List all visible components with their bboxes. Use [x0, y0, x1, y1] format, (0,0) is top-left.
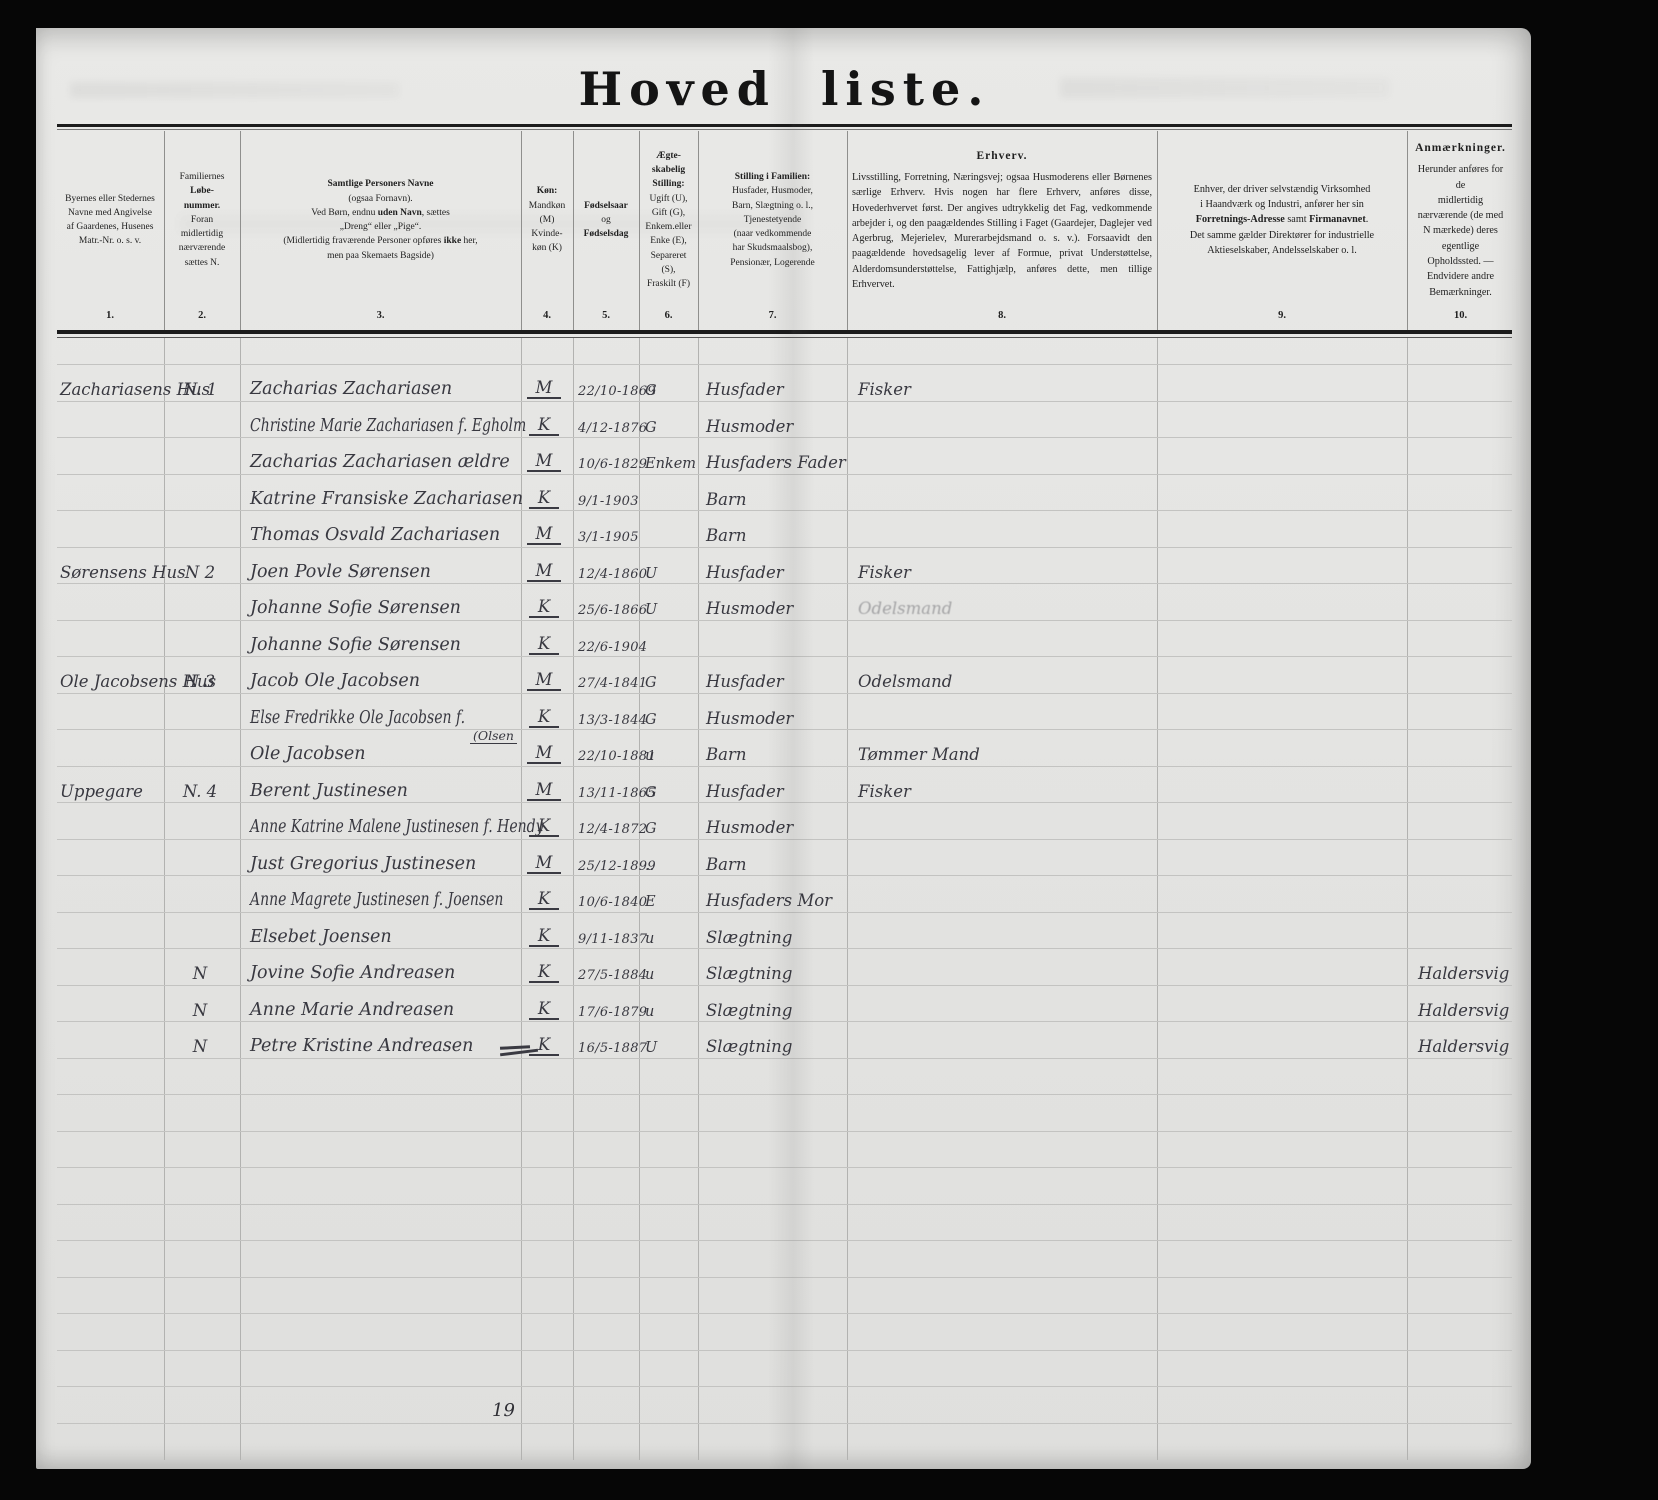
row-15-family-position: Husfaders Mor [706, 891, 832, 910]
table-row: Else Fredrikke Ole Jacobsen f.K13/3-1844… [0, 693, 1658, 730]
row-1-occupation: Fisker [858, 380, 911, 399]
row-2-sex: K [523, 415, 571, 436]
row-12-name: Berent Justinesen [250, 781, 408, 801]
row-17-name: Jovine Sofie Andreasen [250, 963, 455, 983]
row-10-birth: 13/3-1844 [578, 713, 647, 728]
column-number-6: 6. [641, 310, 696, 321]
header-bottom-rule [57, 330, 1512, 334]
row-7-marital-status: U [645, 602, 657, 618]
row-12-place: Uppegare [60, 782, 143, 801]
sex-letter: M [527, 378, 562, 399]
table-row: Sørensens HusN 2Joen Povle SørensenM12/4… [0, 547, 1658, 584]
row-14-sex: M [523, 853, 571, 874]
sex-letter: M [527, 743, 562, 764]
grid-vline-header [521, 131, 522, 330]
row-15-birth: 10/6-1840 [578, 895, 647, 910]
row-19-family-position: Slægtning [706, 1037, 792, 1056]
row-7-occupation: Odelsmand [858, 599, 952, 618]
row-16-marital-status: u [645, 931, 654, 947]
row-2-marital-status: G [645, 420, 657, 436]
row-7-family-position: Husmoder [706, 599, 793, 618]
row-16-family-position: Slægtning [706, 928, 792, 947]
row-1-sex: M [523, 378, 571, 399]
column-number-4: 4. [523, 310, 571, 321]
table-row: Elsebet JoensenK9/11-1837uSlægtning [0, 912, 1658, 949]
table-row: Anne Magrete Justinesen f. JoensenK10/6-… [0, 875, 1658, 912]
row-17-sex: K [523, 962, 571, 983]
column-number-5: 5. [575, 310, 637, 321]
row-12-sex: M [523, 780, 571, 801]
sex-letter: M [527, 780, 562, 801]
grid-vline-header [164, 131, 165, 330]
grid-hline [57, 1423, 1512, 1424]
column-header-10: Anmærkninger.Herunder anføres for demidl… [1409, 134, 1512, 306]
sex-letter: M [527, 853, 562, 874]
column-number-2: 2. [166, 310, 238, 321]
column-header-9: Enhver, der driver selvstændig Virksomhe… [1159, 134, 1405, 306]
sex-letter: M [527, 561, 562, 582]
row-16-birth: 9/11-1837 [578, 932, 647, 947]
table-row: Zachariasens HusN. 1Zacharias Zachariase… [0, 364, 1658, 401]
grid-hline [57, 1386, 1512, 1387]
row-5-sex: M [523, 524, 571, 545]
row-8-birth: 22/6-1904 [578, 640, 647, 655]
row-18-sex: K [523, 999, 571, 1020]
row-4-name: Katrine Fransiske Zachariasen [250, 489, 523, 509]
sex-letter: M [527, 524, 562, 545]
row-15-marital-status: E [645, 894, 656, 910]
row-1-family-position: Husfader [706, 380, 784, 399]
row-15-name: Anne Magrete Justinesen f. Joensen [250, 890, 503, 910]
column-header-7: Stilling i Familien:Husfader, Husmoder,B… [700, 134, 845, 306]
table-row: Johanne Sofie SørensenK25/6-1866UHusmode… [0, 583, 1658, 620]
column-header-8: Erhverv.Livsstilling, Forretning, Næring… [849, 134, 1155, 306]
sex-letter: K [529, 707, 559, 728]
grid-vline-header [698, 131, 699, 330]
row-8-sex: K [523, 634, 571, 655]
grid-vline-header [1157, 131, 1158, 330]
row-10-family-position: Husmoder [706, 709, 793, 728]
sex-letter: K [529, 926, 559, 947]
table-row: Thomas Osvald ZachariasenM3/1-1905Barn [0, 510, 1658, 547]
grid-vline-header [847, 131, 848, 330]
row-9-sex: M [523, 670, 571, 691]
table-row: Zacharias Zachariasen ældreM10/6-1829Enk… [0, 437, 1658, 474]
row-2-birth: 4/12-1876 [578, 421, 647, 436]
table-row: NJovine Sofie AndreasenK27/5-1884uSlægtn… [0, 948, 1658, 985]
grid-hline [57, 1131, 1512, 1132]
column-header-1: Byernes eller StedernesNavne med Angivel… [57, 134, 163, 306]
row-12-family-position: Husfader [706, 782, 784, 801]
sex-letter: K [529, 816, 559, 837]
column-header-6: Ægte-skabeligStilling:Ugift (U),Gift (G)… [641, 134, 696, 306]
grid-hline [57, 1240, 1512, 1241]
row-12-family-no: N. 4 [166, 782, 234, 801]
row-19-marital-status: U [645, 1040, 657, 1056]
row-4-family-position: Barn [706, 490, 746, 509]
row-3-marital-status: Enkem [645, 456, 696, 472]
row-11-name: Ole Jacobsen [250, 744, 365, 764]
row-6-family-position: Husfader [706, 563, 784, 582]
row-3-name: Zacharias Zachariasen ældre [250, 452, 510, 472]
table-row: Ole JacobsenM22/10-1881uBarnTømmer Mand [0, 729, 1658, 766]
row-5-name: Thomas Osvald Zachariasen [250, 525, 500, 545]
page-title: Hoved liste. [57, 62, 1512, 116]
grid-hline [57, 1350, 1512, 1351]
column-header-3: Samtlige Personers Navne(ogsaa Fornavn).… [242, 134, 519, 306]
row-17-family-no: N [166, 964, 234, 983]
row-5-birth: 3/1-1905 [578, 530, 639, 545]
grid-vline-header [639, 131, 640, 330]
grid-hline [57, 1277, 1512, 1278]
row-10-name: Else Fredrikke Ole Jacobsen f. [250, 708, 465, 728]
row-1-marital-status: G [645, 383, 657, 399]
row-18-birth: 17/6-1879 [578, 1005, 647, 1020]
sex-letter: M [527, 670, 562, 691]
table-row: Christine Marie Zachariasen f. EgholmK4/… [0, 401, 1658, 438]
column-number-8: 8. [849, 310, 1155, 321]
row-9-family-no: N 3 [166, 672, 234, 691]
row-19-family-no: N [166, 1037, 234, 1056]
grid-vline-header [1407, 131, 1408, 330]
row-14-name: Just Gregorius Justinesen [250, 854, 476, 874]
sex-letter: K [529, 889, 559, 910]
row-7-name: Johanne Sofie Sørensen [250, 598, 461, 618]
scanned-census-page: Hoved liste. Byernes eller StedernesNavn… [0, 0, 1658, 1500]
sex-letter: K [529, 488, 559, 509]
row-19-sex: K [523, 1035, 571, 1056]
row-9-occupation: Odelsmand [858, 672, 952, 691]
table-row: UppegareN. 4Berent JustinesenM13/11-1865… [0, 766, 1658, 803]
row-19-birth: 16/5-1887 [578, 1041, 647, 1056]
row-3-family-position: Husfaders Fader [706, 453, 846, 472]
row-6-name: Joen Povle Sørensen [250, 562, 431, 582]
row-13-marital-status: G [645, 821, 657, 837]
grid-hline [57, 1204, 1512, 1205]
row-18-family-position: Slægtning [706, 1001, 792, 1020]
row-1-name: Zacharias Zachariasen [250, 379, 452, 399]
row-6-marital-status: U [645, 566, 657, 582]
row-13-name: Anne Katrine Malene Justinesen f. Hendy [250, 817, 544, 837]
grid-hline [57, 1094, 1512, 1095]
grid-vline-header [240, 131, 241, 330]
table-row: NAnne Marie AndreasenK17/6-1879uSlægtnin… [0, 985, 1658, 1022]
row-14-family-position: Barn [706, 855, 746, 874]
row-6-sex: M [523, 561, 571, 582]
row-6-family-no: N 2 [166, 563, 234, 582]
row-17-birth: 27/5-1884 [578, 968, 647, 983]
row-2-family-position: Husmoder [706, 417, 793, 436]
row-15-sex: K [523, 889, 571, 910]
row-3-sex: M [523, 451, 571, 472]
row-9-name: Jacob Ole Jacobsen [250, 671, 420, 691]
row-9-marital-status: G [645, 675, 657, 691]
row-17-family-position: Slægtning [706, 964, 792, 983]
row-17-marital-status: u [645, 967, 654, 983]
row-18-name: Anne Marie Andreasen [250, 1000, 454, 1020]
row-6-occupation: Fisker [858, 563, 911, 582]
row-16-name: Elsebet Joensen [250, 927, 392, 947]
row-12-marital-status: G [645, 785, 657, 801]
column-number-7: 7. [700, 310, 845, 321]
page-number: 19 [492, 1400, 515, 1421]
row-18-marital-status: u [645, 1004, 654, 1020]
row-12-occupation: Fisker [858, 782, 911, 801]
header-bottom-rule-thin [57, 337, 1512, 338]
title-rule [57, 124, 1512, 127]
row-11-occupation: Tømmer Mand [858, 745, 980, 764]
column-header-4: Køn:Mandkøn(M)Kvinde-køn (K) [523, 134, 571, 306]
row-3-birth: 10/6-1829 [578, 457, 647, 472]
row-19-name: Petre Kristine Andreasen [250, 1036, 473, 1056]
row-9-birth: 27/4-1841 [578, 676, 647, 691]
sex-letter: K [529, 597, 559, 618]
grid-hline [57, 1167, 1512, 1168]
column-number-1: 1. [57, 310, 163, 321]
row-5-family-position: Barn [706, 526, 746, 545]
row-16-sex: K [523, 926, 571, 947]
sex-letter: K [529, 1035, 559, 1056]
row-13-sex: K [523, 816, 571, 837]
table-row: Anne Katrine Malene Justinesen f. HendyK… [0, 802, 1658, 839]
table-row: Ole Jacobsens HusN 3Jacob Ole JacobsenM2… [0, 656, 1658, 693]
column-number-9: 9. [1159, 310, 1405, 321]
row-19-remarks: Haldersvig [1418, 1037, 1509, 1056]
title-rule-thin [57, 129, 1512, 130]
row-18-family-no: N [166, 1001, 234, 1020]
sex-letter: M [527, 451, 562, 472]
sex-letter: K [529, 962, 559, 983]
row-9-family-position: Husfader [706, 672, 784, 691]
row-8-name: Johanne Sofie Sørensen [250, 635, 461, 655]
row-6-birth: 12/4-1860 [578, 567, 647, 582]
sex-letter: K [529, 415, 559, 436]
table-row: Katrine Fransiske ZachariasenK9/1-1903Ba… [0, 474, 1658, 511]
column-number-3: 3. [242, 310, 519, 321]
table-row: Johanne Sofie SørensenK22/6-1904 [0, 620, 1658, 657]
column-header-5: FødselsaarogFødselsdag [575, 134, 637, 306]
row-18-remarks: Haldersvig [1418, 1001, 1509, 1020]
row-11-sex: M [523, 743, 571, 764]
column-header-2: FamiliernesLøbe-nummer.Foranmidlertidign… [166, 134, 238, 306]
row-7-sex: K [523, 597, 571, 618]
row-10-marital-status: G [645, 712, 657, 728]
row-7-birth: 25/6-1866 [578, 603, 647, 618]
table-row: NPetre Kristine AndreasenK16/5-1887USlæg… [0, 1021, 1658, 1058]
row-1-family-no: N. 1 [166, 380, 234, 399]
row-17-remarks: Haldersvig [1418, 964, 1509, 983]
column-number-10: 10. [1409, 310, 1512, 321]
sex-letter: K [529, 999, 559, 1020]
row-10-sex: K [523, 707, 571, 728]
row-13-birth: 12/4-1872 [578, 822, 647, 837]
row-13-family-position: Husmoder [706, 818, 793, 837]
row-4-birth: 9/1-1903 [578, 494, 639, 509]
row-14-marital-status: .. [645, 858, 654, 874]
grid-vline-header [573, 131, 574, 330]
grid-hline [57, 1313, 1512, 1314]
row-11-family-position: Barn [706, 745, 746, 764]
row-11-marital-status: u [645, 748, 654, 764]
row-2-name: Christine Marie Zachariasen f. Egholm [250, 416, 526, 436]
table-row: Just Gregorius JustinesenM25/12-1899..Ba… [0, 839, 1658, 876]
row-4-sex: K [523, 488, 571, 509]
sex-letter: K [529, 634, 559, 655]
